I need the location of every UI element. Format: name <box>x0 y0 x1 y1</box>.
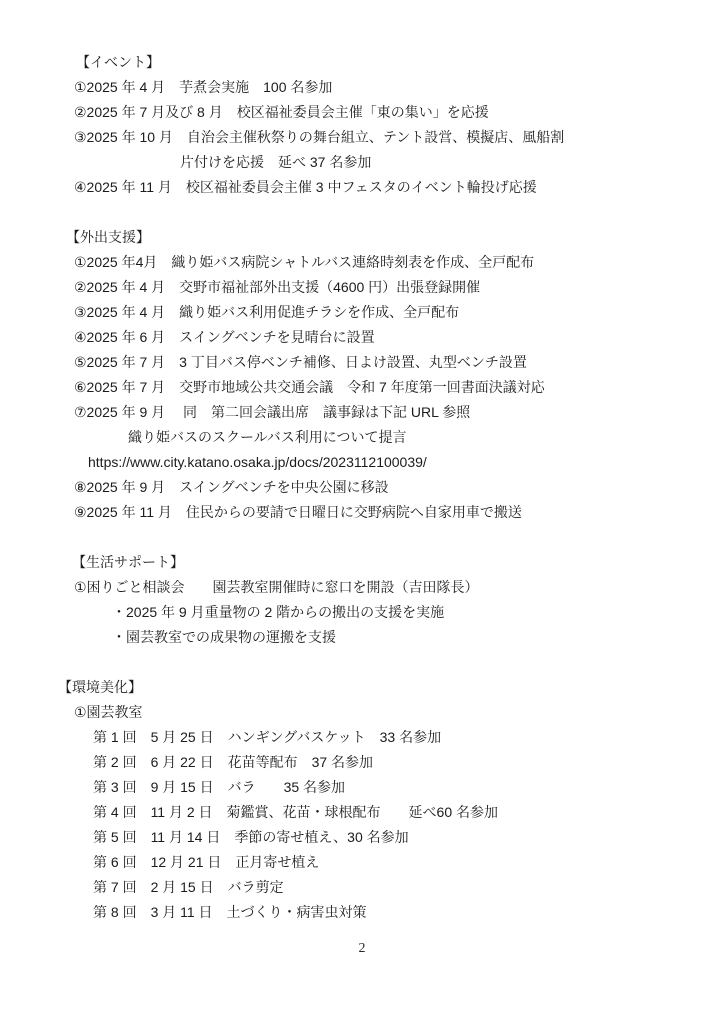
session-row: 第 8 回 3 月 11 日 土づくり・病害虫対策 <box>93 900 724 925</box>
list-item: ⑦2025 年 9 月 同 第二回会議出席 議事録は下記 URL 参照 <box>74 400 724 425</box>
list-item: ⑥2025 年 7 月 交野市地域公共交通会議 令和 7 年度第一回書面決議対応 <box>74 375 724 400</box>
list-item: ①2025 年4月 織り姫バス病院シャトルバス連絡時刻表を作成、全戸配布 <box>74 250 724 275</box>
section-title-life-support: 【生活サポート】 <box>72 550 724 575</box>
session-row: 第 5 回 11 月 14 日 季節の寄せ植え、30 名参加 <box>93 825 724 850</box>
session-row: 第 2 回 6 月 22 日 花苗等配布 37 名参加 <box>93 750 724 775</box>
list-item: ②2025 年 4 月 交野市福祉部外出支援（4600 円）出張登録開催 <box>74 275 724 300</box>
list-item: ④2025 年 6 月 スイングベンチを見晴台に設置 <box>74 325 724 350</box>
section-title-beautification: 【環境美化】 <box>58 675 724 700</box>
list-item: ①2025 年 4 月 芋煮会実施 100 名参加 <box>74 75 724 100</box>
session-row: 第 7 回 2 月 15 日 バラ剪定 <box>93 875 724 900</box>
session-row: 第 3 回 9 月 15 日 バラ 35 名参加 <box>93 775 724 800</box>
page-number: 2 <box>0 936 724 961</box>
section-beautification: 【環境美化】 ①園芸教室 第 1 回 5 月 25 日 ハンギングバスケット 3… <box>0 675 724 925</box>
bullet-item: ・園芸教室での成果物の運搬を支援 <box>112 625 724 650</box>
list-item: ⑨2025 年 11 月 住民からの要請で日曜日に交野病院へ自家用車で搬送 <box>74 500 724 525</box>
section-events: 【イベント】 ①2025 年 4 月 芋煮会実施 100 名参加 ②2025 年… <box>0 50 724 200</box>
session-row: 第 6 回 12 月 21 日 正月寄せ植え <box>93 850 724 875</box>
url-text: https://www.city.katano.osaka.jp/docs/20… <box>88 450 724 475</box>
section-life-support: 【生活サポート】 ①困りごと相談会 園芸教室開催時に窓口を開設（吉田隊長） ・2… <box>0 550 724 650</box>
section-title-outing-support: 【外出支援】 <box>66 225 724 250</box>
session-row: 第 4 回 11 月 2 日 菊鑑賞、花苗・球根配布 延べ60 名参加 <box>93 800 724 825</box>
list-item: ①園芸教室 <box>74 700 724 725</box>
list-item-continuation: 織り姫バスのスクールバス利用について提言 <box>128 425 724 450</box>
list-item: ③2025 年 4 月 織り姫バス利用促進チラシを作成、全戸配布 <box>74 300 724 325</box>
section-title-events: 【イベント】 <box>76 50 724 75</box>
list-item: ③2025 年 10 月 自治会主催秋祭りの舞台組立、テント設営、模擬店、風船割 <box>74 125 724 150</box>
list-item: ②2025 年 7 月及び 8 月 校区福祉委員会主催「東の集い」を応援 <box>74 100 724 125</box>
bullet-item: ・2025 年 9 月重量物の 2 階からの搬出の支援を実施 <box>112 600 724 625</box>
list-item: ⑧2025 年 9 月 スイングベンチを中央公園に移設 <box>74 475 724 500</box>
document-page: 【イベント】 ①2025 年 4 月 芋煮会実施 100 名参加 ②2025 年… <box>0 0 724 1024</box>
list-item: ⑤2025 年 7 月 3 丁目バス停ベンチ補修、日よけ設置、丸型ベンチ設置 <box>74 350 724 375</box>
session-row: 第 1 回 5 月 25 日 ハンギングバスケット 33 名参加 <box>93 725 724 750</box>
list-item-continuation: 片付けを応援 延べ 37 名参加 <box>180 150 724 175</box>
section-outing-support: 【外出支援】 ①2025 年4月 織り姫バス病院シャトルバス連絡時刻表を作成、全… <box>0 225 724 525</box>
list-item: ①困りごと相談会 園芸教室開催時に窓口を開設（吉田隊長） <box>74 575 724 600</box>
list-item: ④2025 年 11 月 校区福祉委員会主催 3 中フェスタのイベント輪投げ応援 <box>74 175 724 200</box>
